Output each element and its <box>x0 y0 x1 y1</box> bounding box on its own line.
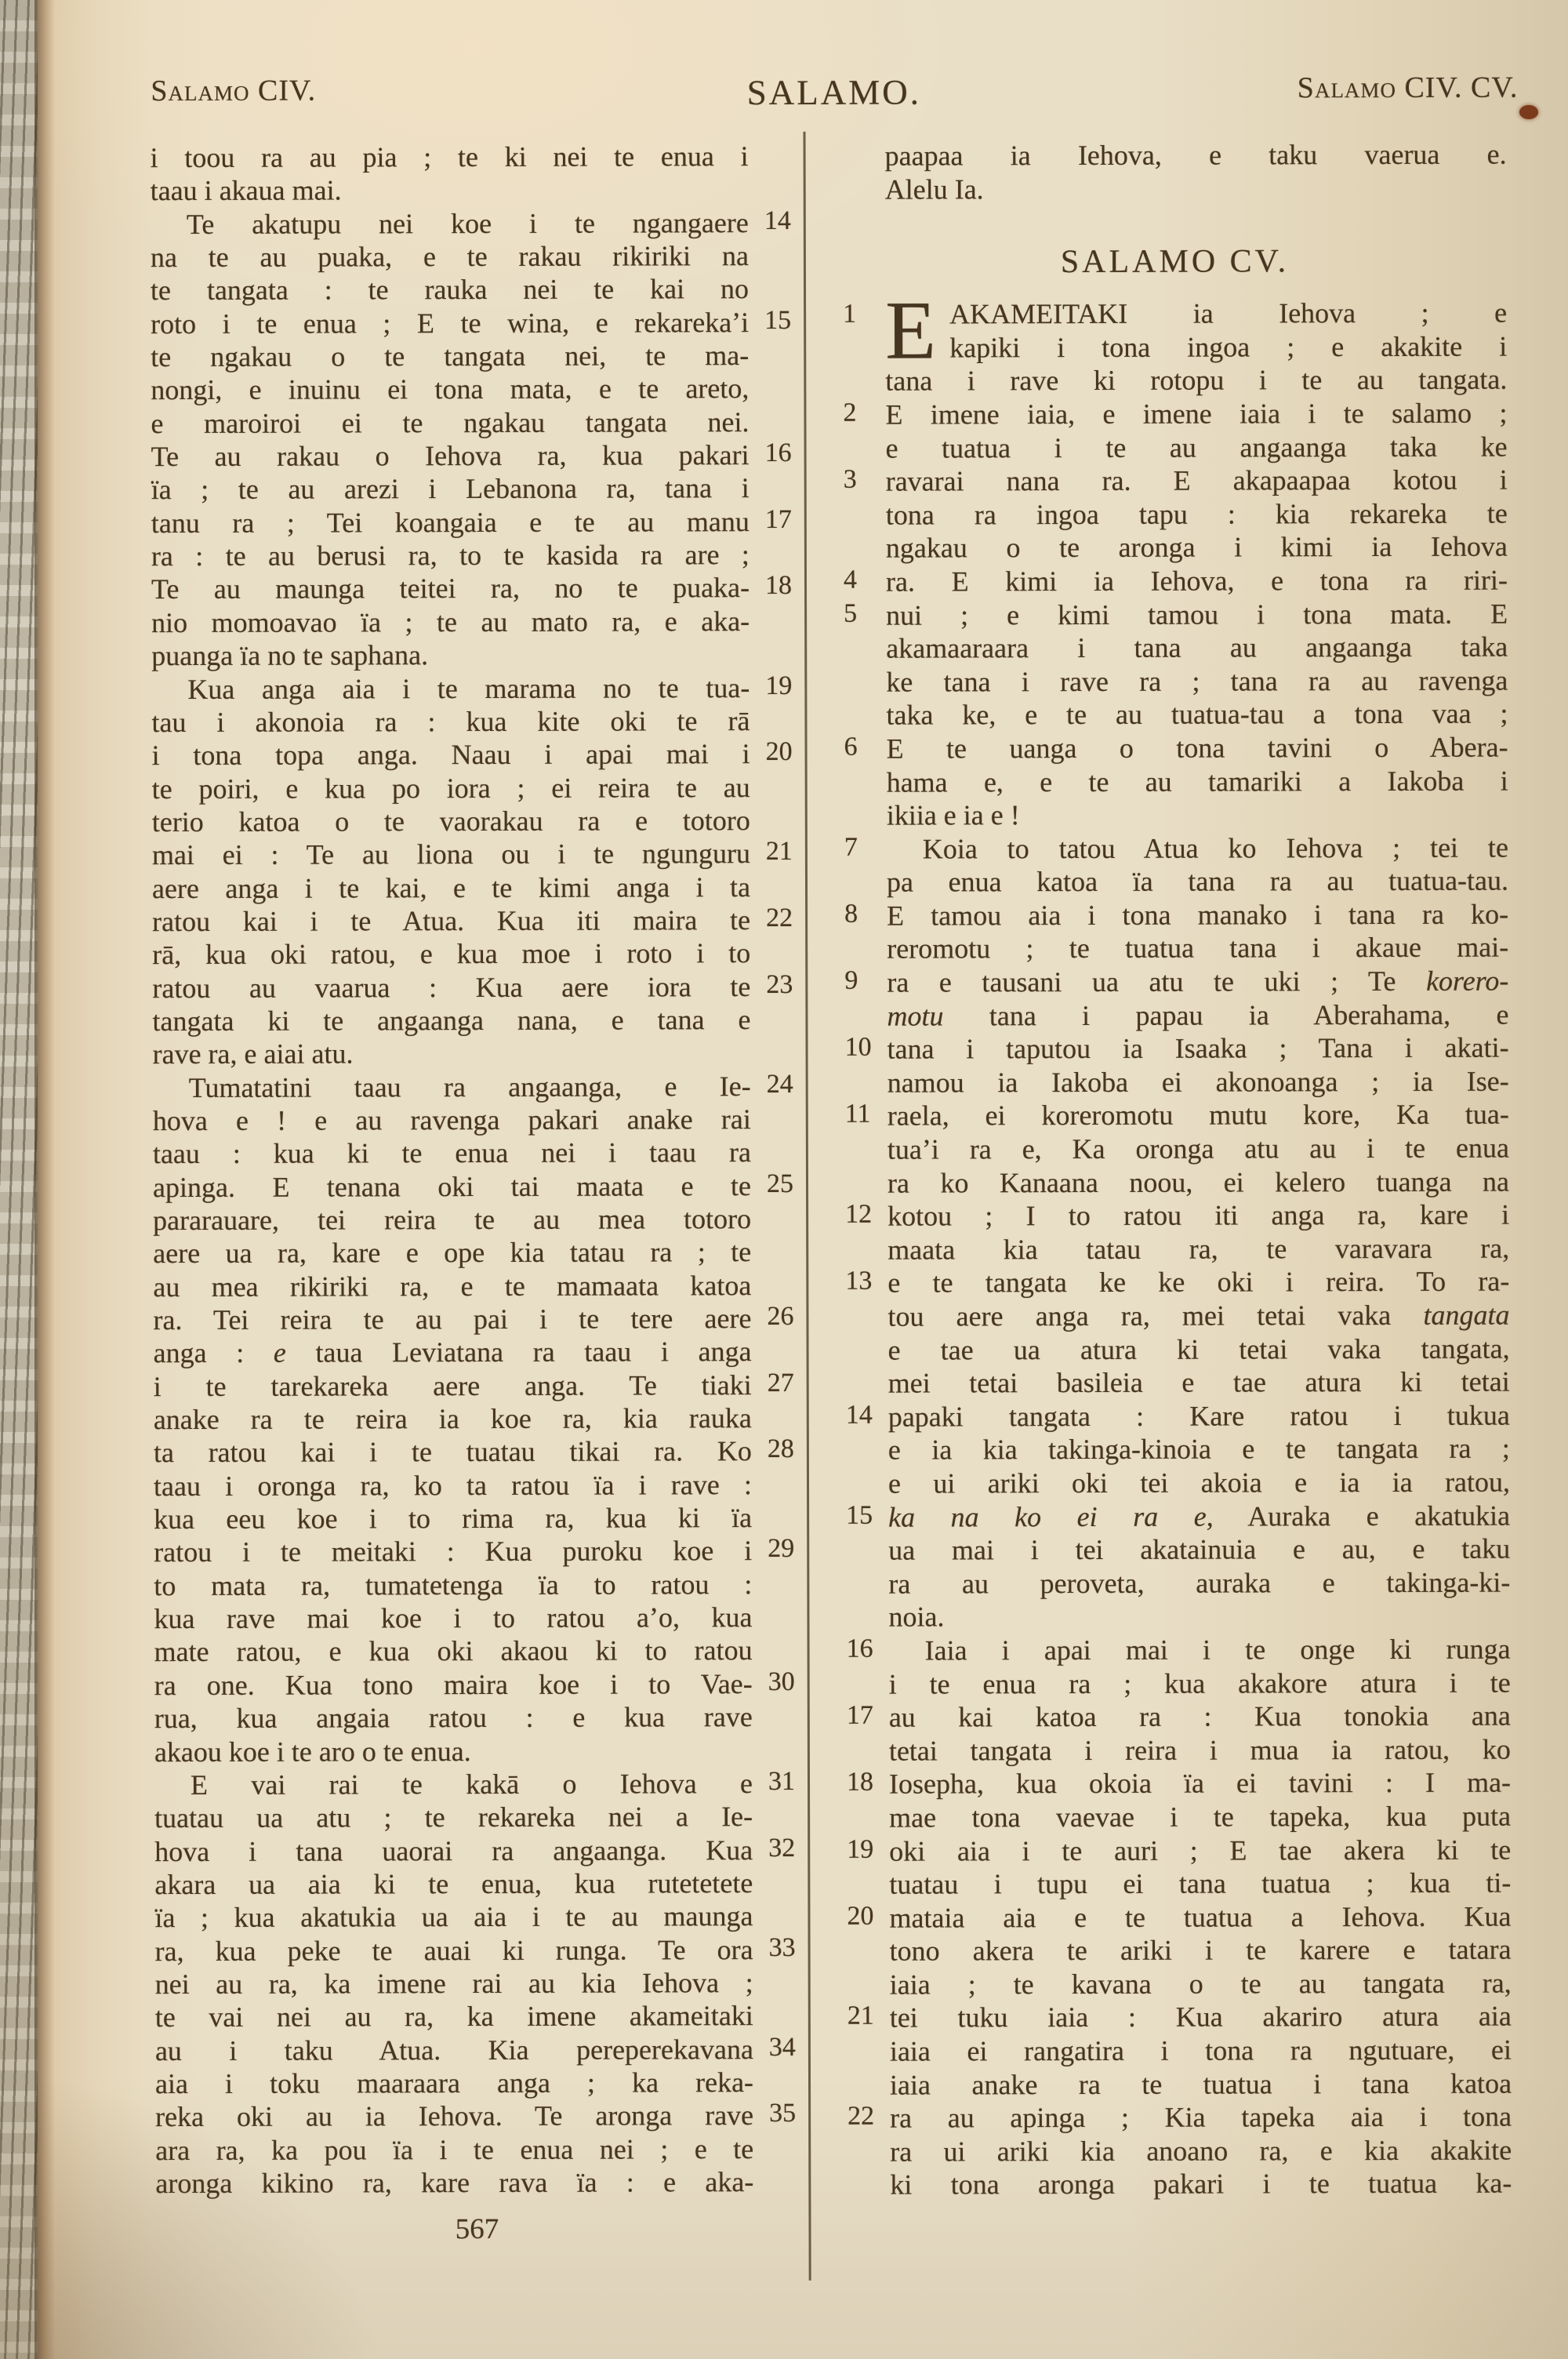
text-line: 7Koia to tatou Atua ko Iehova ; tei te <box>844 831 1508 866</box>
text-line: rave ra, e aiai atu. <box>153 1036 793 1070</box>
line-text: ua mai i tei akatainuia e au, e taku <box>888 1532 1510 1568</box>
verse-number <box>751 1103 793 1136</box>
text-line: iaia anake ra te tuatua i tana katoa <box>848 2066 1512 2102</box>
verse-number <box>846 1434 888 1467</box>
verse-number <box>844 999 887 1033</box>
verse-number <box>846 1467 888 1501</box>
text-line: Te au maunga teitei ra, no te puaka-18 <box>151 571 792 605</box>
line-text: ratou kai i te Atua. Kua iti maira te <box>152 903 750 938</box>
line-text: i tona topa anga. Naau i apai mai i <box>152 737 750 772</box>
verse-number <box>752 1401 794 1434</box>
text-line: taau : kua ki te enua nei i taau ra <box>153 1136 793 1170</box>
line-text: paapaa ia Iehova, e taku vaerua e. <box>885 138 1507 173</box>
line-text: akaou koe i te aro o te enua. <box>154 1734 753 1768</box>
text-line: tanu ra ; Tei koangaia e te au manu17 <box>151 505 792 540</box>
line-text: e ia kia takinga-kinoia e te tangata ra … <box>888 1432 1510 1467</box>
line-text: e tuatua i te au angaanga taka ke <box>886 430 1508 465</box>
verse-number <box>848 2068 890 2102</box>
verse-number <box>749 239 791 272</box>
verse-number: 5 <box>844 598 886 632</box>
verse-number: 3 <box>844 465 886 499</box>
text-line: nongi, e inuinu ei tona mata, e te areto… <box>151 372 791 406</box>
line-text: oki aia i te auri ; E tae akera ki te <box>889 1833 1511 1868</box>
verse-number: 15 <box>846 1500 888 1534</box>
line-text: e ui ariki oki tei akoia e ia ia ratou, <box>888 1466 1510 1501</box>
verse-number: 14 <box>846 1400 888 1434</box>
text-line: te ngakau o te tangata nei, te ma- <box>151 339 791 373</box>
verse-number <box>752 1468 794 1501</box>
verse-number <box>751 1269 793 1302</box>
line-text: puanga ïa no te saphana. <box>151 638 750 672</box>
line-text: rua, kua angaia ratou : e kua rave <box>154 1700 753 1735</box>
line-text: rā, kua oki ratou, e kua moe i roto i to <box>152 936 750 971</box>
verse-number <box>753 1999 796 2032</box>
line-text: tona ra ingoa tapu : kia rekareka te <box>886 496 1508 532</box>
verse-number <box>751 1136 793 1169</box>
text-line: akamaaraara i tana au angaanga taka <box>844 631 1508 666</box>
text-line: ua mai i tei akatainuia e au, e taku <box>846 1532 1510 1568</box>
line-text: Koia to tatou Atua ko Iehova ; tei te <box>887 831 1508 866</box>
column-divider-rule <box>804 132 811 2281</box>
text-line: e ui ariki oki tei akoia e ia ia ratou, <box>846 1466 1510 1501</box>
text-line: ratou i te meitaki : Kua puroku koe i29 <box>154 1534 794 1568</box>
line-text: e maroiroi ei te ngakau tangata nei. <box>151 405 749 440</box>
line-text: kua eeu koe i to rima ra, kua ki ïa <box>154 1501 752 1536</box>
line-text: nio momoavao ïa ; te au mato ra, e aka- <box>151 605 750 639</box>
text-line: ke tana i rave ra ; tana ra au ravenga <box>844 663 1508 699</box>
line-text: iaia ; te kavana o te au tangata ra, <box>890 1966 1512 2001</box>
line-text: E te uanga o tona tavini o Abera- <box>887 730 1508 765</box>
line-text: anake ra te reira ia koe ra, kia rauka <box>154 1401 752 1436</box>
verse-number <box>848 1935 890 1968</box>
line-text: ki tona aronga pakari i te tuatua ka- <box>890 2167 1512 2202</box>
verse-number <box>844 765 887 799</box>
text-line: tona ra ingoa tapu : kia rekareka te <box>844 496 1508 532</box>
text-line: mate ratou, e kua oki akaou ki to ratou <box>154 1634 795 1668</box>
text-line: taau i akaua mai. <box>151 173 791 207</box>
line-text: i toou ra au pia ; te ki nei te enua i <box>151 140 749 174</box>
line-text: reka oki au ia Iehova. Te aronga rave <box>155 2099 753 2133</box>
line-text: mae tona vaevae i te tapeka, kua puta <box>889 1799 1511 1834</box>
verse-number: 31 <box>753 1767 795 1800</box>
verse-number <box>753 1733 795 1766</box>
line-text: pa enua katoa ïa tana ra au tuatua-tau. <box>887 864 1508 900</box>
verse-number: 20 <box>847 1901 889 1935</box>
text-line: roto i te enua ; E te wina, e rekareka’i… <box>151 306 791 340</box>
line-text: ra, kua peke te auai ki runga. Te ora <box>155 1933 753 1968</box>
line-text: rave ra, e aiai atu. <box>153 1036 751 1070</box>
line-text: akamaaraara i tana au angaanga taka <box>886 631 1508 666</box>
text-line: nio momoavao ïa ; te au mato ra, e aka- <box>151 605 792 639</box>
verse-number <box>750 704 792 737</box>
page-content: Salamo CIV. SALAMO. Salamo CIV. CV. i to… <box>0 0 1568 2359</box>
verse-number <box>750 538 792 571</box>
verse-number <box>844 866 887 900</box>
text-line: tuatau ua atu ; te rekareka nei a Ie- <box>154 1800 795 1834</box>
verse-number <box>843 140 885 173</box>
line-text: tana i taputou ia Isaaka ; Tana i akati- <box>887 1031 1509 1067</box>
verse-number <box>753 2066 796 2099</box>
text-line: tou aere anga ra, mei tetai vaka tangata <box>845 1299 1509 1334</box>
line-text: ra. E kimi ia Iehova, e tona ra riri- <box>886 564 1508 599</box>
verse-number <box>844 932 887 966</box>
line-text: anga : e taua Leviatana ra taau i anga <box>154 1335 752 1369</box>
line-text: tei tuku iaia : Kua akariro atura aia <box>890 2000 1512 2035</box>
line-text: ra au peroveta, auraka e takinga-ki- <box>888 1565 1510 1601</box>
text-line: ra, kua peke te auai ki runga. Te ora33 <box>155 1933 796 1968</box>
verse-number <box>848 2135 890 2168</box>
line-text: aronga kikino ra, kare rava ïa : e aka- <box>155 2165 753 2200</box>
verse-number: 13 <box>845 1267 887 1300</box>
line-text: tuatau ua atu ; te rekareka nei a Ie- <box>154 1800 753 1834</box>
text-line: ikiia e ia e ! <box>844 798 1508 833</box>
text-line: puanga ïa no te saphana. <box>151 638 792 672</box>
line-text: nongi, e inuinu ei tona mata, e te areto… <box>151 373 749 407</box>
book-page: Salamo CIV. SALAMO. Salamo CIV. CV. i to… <box>0 0 1568 2359</box>
line-text: mei tetai basileia e tae atura ki tetai <box>888 1365 1510 1401</box>
text-line: 3ravarai nana ra. E akapaapaa kotou i <box>844 463 1508 499</box>
line-text: aere anga i te kai, e te kimi anga i ta <box>152 871 750 905</box>
verse-number: 25 <box>751 1169 793 1202</box>
verse-number <box>844 532 886 565</box>
text-line: tuatau i tupu ei tana tuatua ; kua ti- <box>847 1866 1511 1902</box>
line-text: E vai rai te kakā o Iehova e <box>154 1767 753 1801</box>
text-line: ra one. Kua tono maira koe i to Vae-30 <box>154 1667 795 1702</box>
verse-number: 19 <box>847 1834 889 1868</box>
text-line: ngakau o te aronga i kimi ia Iehova <box>844 530 1508 565</box>
text-line: aronga kikino ra, kare rava ïa : e aka- <box>155 2165 796 2200</box>
verse-number: 23 <box>750 970 793 1003</box>
verse-number: 30 <box>753 1667 795 1700</box>
verse-number: 33 <box>753 1933 796 1966</box>
line-text: ka na ko ei ra e, Auraka e akatukia <box>888 1499 1510 1534</box>
text-line: 18Iosepha, kua okoia ïa ei tavini : I ma… <box>847 1766 1511 1801</box>
verse-number: 18 <box>750 571 792 604</box>
line-text: te poiri, e kua po iora ; ei reira te au <box>152 771 750 805</box>
text-line: 9ra e tausani ua atu te uki ; Te korero- <box>844 965 1508 1000</box>
line-text: reromotu ; te tuatua tana i akaue mai- <box>887 931 1508 966</box>
verse-number: 19 <box>750 671 792 703</box>
verse-number <box>846 1333 888 1367</box>
text-line: iaia ei rangatira i tona ra ngutuare, ei <box>848 2034 1512 2069</box>
line-text: Iosepha, kua okoia ïa ei tavini : I ma- <box>889 1766 1511 1801</box>
line-text: ra one. Kua tono maira koe i to Vae- <box>154 1667 753 1702</box>
text-line: aere anga i te kai, e te kimi anga i ta <box>152 871 793 905</box>
line-text: tanu ra ; Tei koangaia e te au manu <box>151 505 750 540</box>
text-line: 19oki aia i te auri ; E tae akera ki te <box>847 1833 1511 1868</box>
text-line: pararauare, tei reira te au mea totoro <box>153 1202 793 1237</box>
line-text: au mea rikiriki ra, e te mamaata katoa <box>153 1269 751 1303</box>
text-line: 10tana i taputou ia Isaaka ; Tana i akat… <box>845 1031 1509 1067</box>
text-line: kua rave mai koe i to ratou a’o, kua <box>154 1601 794 1635</box>
verse-number <box>753 1966 796 1999</box>
line-text: hama e, e te au tamariki a Iakoba i <box>887 764 1508 799</box>
verse-number <box>752 1601 794 1634</box>
text-line: tau i akonoia ra : kua kite oki te rā <box>151 704 792 739</box>
text-line: aere ua ra, kare e ope kia tatau ra ; te <box>153 1235 793 1270</box>
text-line: Te akatupu nei koe i te ngangaere14 <box>151 206 791 241</box>
verse-number <box>750 871 793 903</box>
verse-number <box>753 2165 796 2198</box>
verse-number: 22 <box>750 903 793 936</box>
line-text: ratou i te meitaki : Kua puroku koe i <box>154 1535 752 1569</box>
line-text: taka ke, e te au tuatua-tau a tona vaa ; <box>886 697 1508 732</box>
text-line: i te tarekareka aere anga. Te tiaki27 <box>154 1369 794 1403</box>
right-column-intro: paapaa ia Iehova, e taku vaerua e.Alelu … <box>843 138 1507 206</box>
text-line: kapiki i tona ingoa ; e akakite i <box>949 329 1507 364</box>
text-line: 11raela, ei koreromotu mutu kore, Ka tua… <box>845 1098 1509 1133</box>
text-line: au i taku Atua. Kia pereperekavana34 <box>155 2033 796 2067</box>
line-text: Te au rakau o Iehova ra, kua pakari <box>151 438 750 473</box>
verse-number <box>750 471 792 504</box>
text-line: ratou kai i te Atua. Kua iti maira te22 <box>152 903 793 938</box>
text-line: to mata ra, tumatetenga ïa to ratou : <box>154 1568 794 1602</box>
line-text: au kai katoa ra : Kua tonokia ana <box>889 1699 1511 1735</box>
verse-number: 28 <box>752 1434 794 1467</box>
text-line: mei tetai basileia e tae atura ki tetai <box>846 1365 1510 1401</box>
verse-number <box>749 339 791 372</box>
text-line: ra. Tei reira te au pai i te tere aere26 <box>153 1302 793 1336</box>
verse-number: 11 <box>845 1100 887 1133</box>
verse-number <box>844 498 886 532</box>
line-text: taau : kua ki te enua nei i taau ra <box>153 1136 751 1170</box>
verse-number <box>847 1667 889 1701</box>
text-line: pa enua katoa ïa tana ra au tuatua-tau. <box>844 864 1508 900</box>
text-line: taau i oronga ra, ko ta ratou ïa i rave … <box>154 1468 794 1503</box>
verse-number <box>846 1567 888 1601</box>
line-text: namou ia Iakoba ei akonoanga ; ia Ise- <box>887 1064 1509 1100</box>
text-line: i tona topa anga. Naau i apai mai i20 <box>152 737 793 772</box>
line-text: ta ratou kai i te tuatau tikai ra. Ko <box>154 1435 752 1470</box>
text-line: 22ra au apinga ; Kia tapeka aia i tona <box>848 2100 1512 2135</box>
verse-number: 7 <box>844 832 887 866</box>
text-line: 8E tamou aia i tona manako i tana ra ko- <box>844 897 1508 932</box>
verse-number <box>749 405 791 438</box>
line-text: taau i oronga ra, ko ta ratou ïa i rave … <box>154 1468 752 1503</box>
text-line: nei au ra, ka imene rai au kia Iehova ; <box>155 1966 796 2001</box>
line-text: i te enua ra ; kua akakore atura i te <box>889 1666 1511 1701</box>
verse-number <box>844 431 886 465</box>
verse-number: 8 <box>844 900 887 933</box>
line-text: hova i tana uaorai ra angaanga. Kua <box>154 1834 753 1868</box>
text-line: ki tona aronga pakari i te tuatua ka- <box>848 2167 1512 2202</box>
page-number: 567 <box>179 2212 775 2247</box>
text-line: mai ei : Te au liona ou i te ngunguru21 <box>152 837 793 871</box>
text-line: rua, kua angaia ratou : e kua rave <box>154 1700 795 1735</box>
verse-number: 22 <box>848 2102 890 2135</box>
verse-number <box>843 365 885 398</box>
line-text: e tae ua atura ki tetai vaka tangata, <box>888 1332 1510 1367</box>
text-line: te poiri, e kua po iora ; ei reira te au <box>152 771 793 805</box>
verse-number <box>844 699 886 732</box>
verse-number <box>749 173 791 205</box>
text-line: 14papaki tangata : Kare ratou i tukua <box>846 1398 1510 1434</box>
line-text: tou aere anga ra, mei tetai vaka tangata <box>887 1299 1509 1334</box>
line-text: tua’i ra e, Ka oronga atu au i te enua <box>887 1132 1509 1167</box>
text-line: noia. <box>846 1599 1510 1634</box>
line-text: ra ui ariki kia anoano ra, e kia akakite <box>890 2133 1512 2168</box>
text-line: Te au rakau o Iehova ra, kua pakari16 <box>151 438 792 473</box>
verse-number: 16 <box>750 438 792 471</box>
line-text: mai ei : Te au liona ou i te ngunguru <box>152 837 750 871</box>
verse-number: 21 <box>848 2001 890 2035</box>
verse-number: 26 <box>751 1302 793 1335</box>
verse-number <box>750 771 793 804</box>
text-line: te tangata : te rauka nei te kai no <box>151 272 791 307</box>
verse-number <box>844 799 887 833</box>
text-line: e ia kia takinga-kinoia e te tangata ra … <box>846 1432 1510 1467</box>
text-line: namou ia Iakoba ei akonoanga ; ia Ise- <box>845 1064 1509 1100</box>
verse-number: 20 <box>750 737 793 770</box>
verse-number <box>845 1133 887 1167</box>
text-line: aia i toku maaraara anga ; ka reka- <box>155 2066 796 2100</box>
line-text: Iaia i apai mai i te onge ki runga <box>889 1633 1511 1668</box>
line-text: nui ; e kimi tamou i tona mata. E <box>886 597 1508 632</box>
text-line: reromotu ; te tuatua tana i akaue mai- <box>844 931 1508 966</box>
text-line: 17au kai katoa ra : Kua tonokia ana <box>847 1699 1511 1735</box>
text-line: 4ra. E kimi ia Iehova, e tona ra riri- <box>844 564 1508 599</box>
line-text: te vai nei au ra, ka imene akameitaki <box>155 1999 753 2034</box>
line-text: motu tana i papau ia Aberahama, e <box>887 998 1508 1033</box>
line-text: ikiia e ia e ! <box>887 798 1508 833</box>
text-line: anake ra te reira ia koe ra, kia rauka <box>154 1401 794 1436</box>
text-line: e tae ua atura ki tetai vaka tangata, <box>846 1332 1510 1367</box>
line-text: ara ra, ka pou ïa i te enua nei ; e te <box>155 2132 753 2167</box>
line-text: maata kia tatau ra, te varavara ra, <box>887 1231 1509 1267</box>
text-line: akaou koe i te aro o te enua. <box>154 1733 795 1768</box>
text-line: paapaa ia Iehova, e taku vaerua e. <box>843 138 1507 173</box>
drop-cap-letter: E <box>885 298 949 365</box>
line-text: noia. <box>888 1599 1510 1634</box>
text-line: ta ratou kai i te tuatau tikai ra. Ko28 <box>154 1434 794 1469</box>
verse-number <box>752 1501 794 1534</box>
line-text: terio katoa o te vaorakau ra e totoro <box>152 804 750 838</box>
line-text: ravarai nana ra. E akapaapaa kotou i <box>886 463 1508 499</box>
verse-number: 18 <box>847 1768 889 1801</box>
text-line: i te enua ra ; kua akakore atura i te <box>847 1666 1511 1701</box>
verse-number <box>751 1235 793 1268</box>
text-line: iaia ; te kavana o te au tangata ra, <box>848 1966 1512 2001</box>
text-line: Alelu Ia. <box>843 171 1507 206</box>
line-text: ra ko Kanaana noou, ei kelero tuanga na <box>887 1165 1509 1200</box>
text-line: ïa ; kua akatukia ua aia i te au maunga <box>154 1899 795 1934</box>
verse-number: 34 <box>753 2033 796 2066</box>
line-text: raela, ei koreromotu mutu kore, Ka tua- <box>887 1098 1509 1133</box>
text-line: E vai rai te kakā o Iehova e31 <box>154 1767 795 1801</box>
verse-number <box>750 1003 793 1036</box>
line-text: E tamou aia i tona manako i tana ra ko- <box>887 897 1508 932</box>
left-column: i toou ra au pia ; te ki nei te enua ita… <box>151 140 797 2200</box>
text-line: reka oki au ia Iehova. Te aronga rave35 <box>155 2099 796 2133</box>
text-line: 5nui ; e kimi tamou i tona mata. E <box>844 597 1508 632</box>
line-text: tetai tangata i reira i mua ia ratou, ko <box>889 1732 1511 1768</box>
verse-number: 14 <box>749 206 791 239</box>
text-line: na te au puaka, e te rakau rikiriki na <box>151 239 791 274</box>
verse-number <box>750 804 793 837</box>
text-line: e tuatua i te au angaanga taka ke <box>844 430 1508 465</box>
text-line: 15ka na ko ei ra e, Auraka e akatukia <box>846 1499 1510 1534</box>
line-text: nei au ra, ka imene rai au kia Iehova ; <box>155 1966 753 2001</box>
verse-number <box>753 2132 796 2165</box>
verse-number: 32 <box>753 1833 795 1866</box>
text-line: 21tei tuku iaia : Kua akariro atura aia <box>848 2000 1512 2035</box>
text-line: ra ui ariki kia anoano ra, e kia akakite <box>848 2133 1512 2168</box>
verse-number <box>848 2168 890 2202</box>
verse-number <box>845 1066 887 1100</box>
line-text: te tangata : te rauka nei te kai no <box>151 272 749 307</box>
verse-number: 6 <box>844 732 887 766</box>
right-column: paapaa ia Iehova, e taku vaerua e.Alelu … <box>843 138 1512 2202</box>
line-text: ïa ; kua akatukia ua aia i te au maunga <box>154 1899 753 1934</box>
running-head-right: Salamo CIV. CV. <box>844 71 1518 107</box>
text-line: mae tona vaevae i te tapeka, kua puta <box>847 1799 1511 1834</box>
text-line: te vai nei au ra, ka imene akameitaki <box>155 1999 796 2034</box>
text-line: 20mataia aia e te tuatua a Iehova. Kua <box>847 1899 1511 1935</box>
verse-number: 24 <box>751 1070 793 1103</box>
line-text: aere ua ra, kare e ope kia tatau ra ; te <box>153 1235 751 1270</box>
line-text: ïa ; te au arezi i Lebanona ra, tana i <box>151 472 750 507</box>
line-text: ra. Tei reira te au pai i te tere aere <box>153 1302 751 1336</box>
text-line: ara ra, ka pou ïa i te enua nei ; e te <box>155 2132 796 2167</box>
line-text: ra e tausani ua atu te uki ; Te korero- <box>887 965 1508 1000</box>
verse-number: 35 <box>753 2099 796 2132</box>
right-column-body: tana i rave ki rotopu i te au tangata.2E… <box>843 363 1512 2202</box>
psalm-heading: SALAMO CV. <box>843 205 1507 298</box>
text-line: Tumatatini taau ra angaanga, e Ie-24 <box>153 1070 793 1104</box>
text-line: 16Iaia i apai mai i te onge ki runga <box>847 1633 1511 1668</box>
verse-number <box>753 1866 795 1899</box>
text-line: ratou au vaarua : Kua aere iora te23 <box>152 970 793 1005</box>
verse-number: 2 <box>843 398 885 432</box>
verse-number <box>753 1800 795 1833</box>
verse-1-lines: AKAMEITAKI ia Iehova ; e kapiki i tona i… <box>949 296 1507 365</box>
line-text: ra au apinga ; Kia tapeka aia i tona <box>890 2100 1512 2135</box>
verse-number <box>846 1367 888 1401</box>
text-line: 13e te tangata ke ke oki i reira. To ra- <box>845 1265 1509 1300</box>
line-text: au i taku Atua. Kia pereperekavana <box>155 2033 753 2067</box>
line-text: na te au puaka, e te rakau rikiriki na <box>151 239 749 274</box>
line-text: mataia aia e te tuatua a Iehova. Kua <box>889 1899 1511 1935</box>
text-line: ra au peroveta, auraka e takinga-ki- <box>846 1565 1510 1601</box>
verse-number: 27 <box>752 1369 794 1401</box>
verse-number: 15 <box>749 306 791 339</box>
line-text: Kua anga aia i te marama no te tua- <box>151 671 750 706</box>
line-text: hova e ! e au ravenga pakari anake rai <box>153 1103 751 1137</box>
line-text: Alelu Ia. <box>885 171 1507 206</box>
line-text: ra : te au berusi ra, to te kasida ra ar… <box>151 538 750 572</box>
verse-number: 16 <box>847 1634 889 1668</box>
verse-number <box>847 1868 889 1902</box>
text-line: i toou ra au pia ; te ki nei te enua i <box>151 140 791 174</box>
line-text: aia i toku maaraara anga ; ka reka- <box>155 2066 753 2100</box>
verse-1-dropcap-row: 1 E AKAMEITAKI ia Iehova ; e kapiki i to… <box>843 296 1507 365</box>
verse-number <box>752 1335 794 1368</box>
text-line: ïa ; te au arezi i Lebanona ra, tana i <box>151 471 792 506</box>
text-line: au mea rikiriki ra, e te mamaata katoa <box>153 1269 793 1303</box>
verse-number: 17 <box>847 1701 889 1735</box>
text-line: 2E imene iaia, e imene iaia i te salamo … <box>843 397 1507 432</box>
text-line: motu tana i papau ia Aberahama, e <box>844 998 1508 1033</box>
text-line: hova e ! e au ravenga pakari anake rai <box>153 1103 793 1137</box>
verse-number <box>750 638 792 671</box>
verse-number: 9 <box>844 966 887 1000</box>
text-line: ra ko Kanaana noou, ei kelero tuanga na <box>845 1165 1509 1200</box>
line-text: roto i te enua ; E te wina, e rekareka’i <box>151 306 749 340</box>
text-line: tono akera te ariki i te karere e tatara <box>848 1933 1512 1968</box>
line-text: e te tangata ke ke oki i reira. To ra- <box>887 1265 1509 1300</box>
verse-number: 1 <box>843 298 885 365</box>
verse-number <box>750 605 792 638</box>
